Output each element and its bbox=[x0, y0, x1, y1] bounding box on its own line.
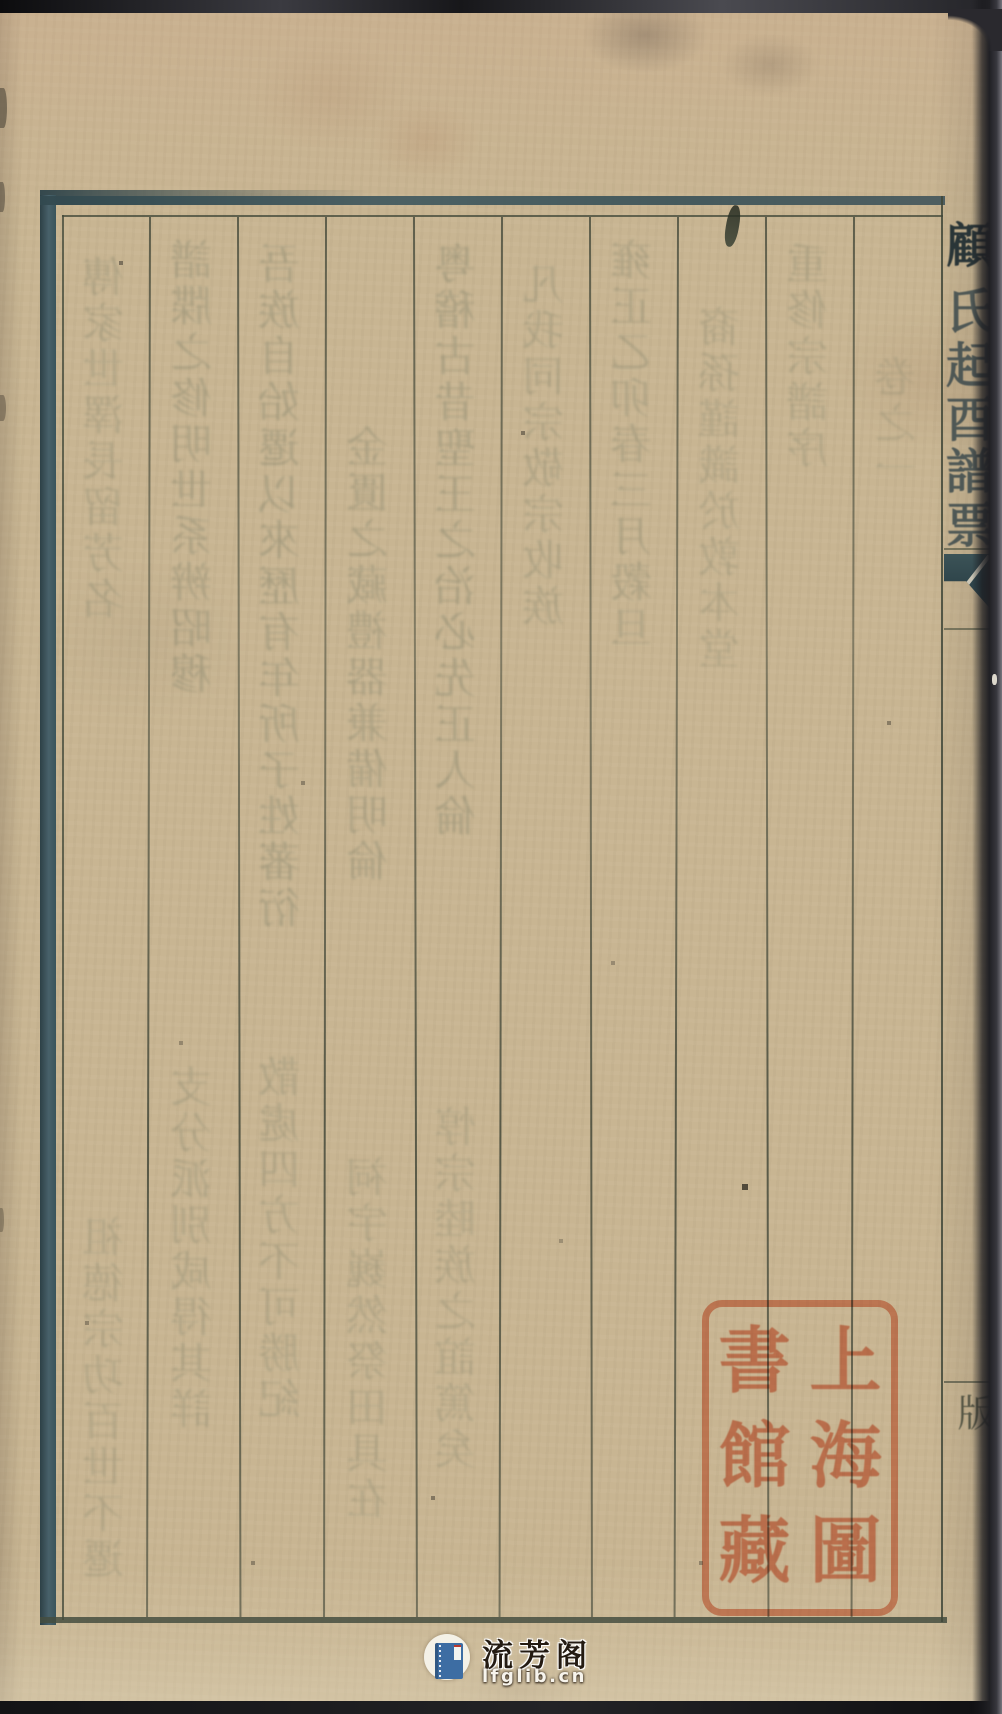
paper-edge-mark bbox=[0, 1208, 4, 1232]
thread-bound-book-icon bbox=[435, 1643, 463, 1679]
bleedthrough-run: 粤稽古昔聖王之治必先正人倫 bbox=[435, 242, 480, 840]
bleedthrough-run: 惇宗睦族之誼篤矣 bbox=[435, 1105, 480, 1473]
seal-char: 書 bbox=[718, 1313, 790, 1408]
library-collection-seal: 上 海 圖 書 館 藏 bbox=[702, 1300, 898, 1616]
bleedthrough-run: 卷之一 bbox=[875, 355, 920, 493]
frame-bottom-border bbox=[40, 1617, 947, 1623]
paper-edge-mark bbox=[0, 395, 6, 421]
bleedthrough-run: 傳家世澤長留芳名 bbox=[83, 255, 128, 623]
bleedthrough-run: 重修宗譜序 bbox=[787, 242, 832, 472]
seal-column-left: 書 館 藏 bbox=[718, 1313, 790, 1598]
frame-inner-left-line bbox=[62, 215, 64, 1620]
site-watermark: 流芳阁 lfglib.cn bbox=[424, 1630, 624, 1690]
scan-edge-right bbox=[972, 0, 1002, 1714]
bleedthrough-run: 支分派別咸得其詳 bbox=[171, 1065, 216, 1433]
bleedthrough-run: 祖德宗功百世不遷 bbox=[83, 1215, 128, 1583]
frame-right-line bbox=[941, 196, 943, 1622]
bleedthrough-run: 雍正乙卯春三月穀旦 bbox=[611, 238, 656, 652]
edge-white-speck bbox=[992, 674, 997, 685]
scan-edge-bottom bbox=[0, 1701, 1002, 1714]
bleedthrough-run: 凡我同宗敬宗收族 bbox=[523, 262, 568, 630]
bleedthrough-run: 吾族自始遷以來歷有年所子姓蕃衍 bbox=[259, 242, 304, 932]
page-corner-shadow bbox=[948, 9, 1002, 51]
scan-edge-top bbox=[0, 0, 1002, 13]
scanned-book-page: 傳家世澤長留芳名 祖德宗功百世不遷 譜牒之修明世系辨昭穆 支分派別咸得其詳 吾族… bbox=[0, 0, 1002, 1714]
seal-char: 藏 bbox=[718, 1503, 790, 1598]
watermark-circle bbox=[424, 1634, 470, 1680]
seal-char: 上 bbox=[809, 1313, 881, 1408]
seal-column-right: 上 海 圖 bbox=[809, 1313, 881, 1598]
frame-left-border bbox=[40, 195, 56, 1625]
seal-char: 館 bbox=[718, 1408, 790, 1503]
watermark-site-domain: lfglib.cn bbox=[482, 1666, 587, 1687]
seal-char: 圖 bbox=[809, 1503, 881, 1598]
bleedthrough-run: 金匱之藏禮器兼備明倫 bbox=[347, 425, 392, 885]
bleedthrough-run: 散處四方不可勝紀 bbox=[259, 1055, 304, 1423]
paper-edge-mark bbox=[0, 88, 7, 128]
seal-char: 海 bbox=[809, 1408, 881, 1503]
bleedthrough-run: 祠宇巍然祭田具在 bbox=[347, 1155, 392, 1523]
paper-edge-mark bbox=[0, 182, 5, 212]
frame-top-border bbox=[40, 196, 945, 205]
bleedthrough-run: 譜牒之修明世系辨昭穆 bbox=[171, 238, 216, 698]
bleedthrough-run: 裔孫謹識於敦本堂 bbox=[699, 305, 744, 673]
